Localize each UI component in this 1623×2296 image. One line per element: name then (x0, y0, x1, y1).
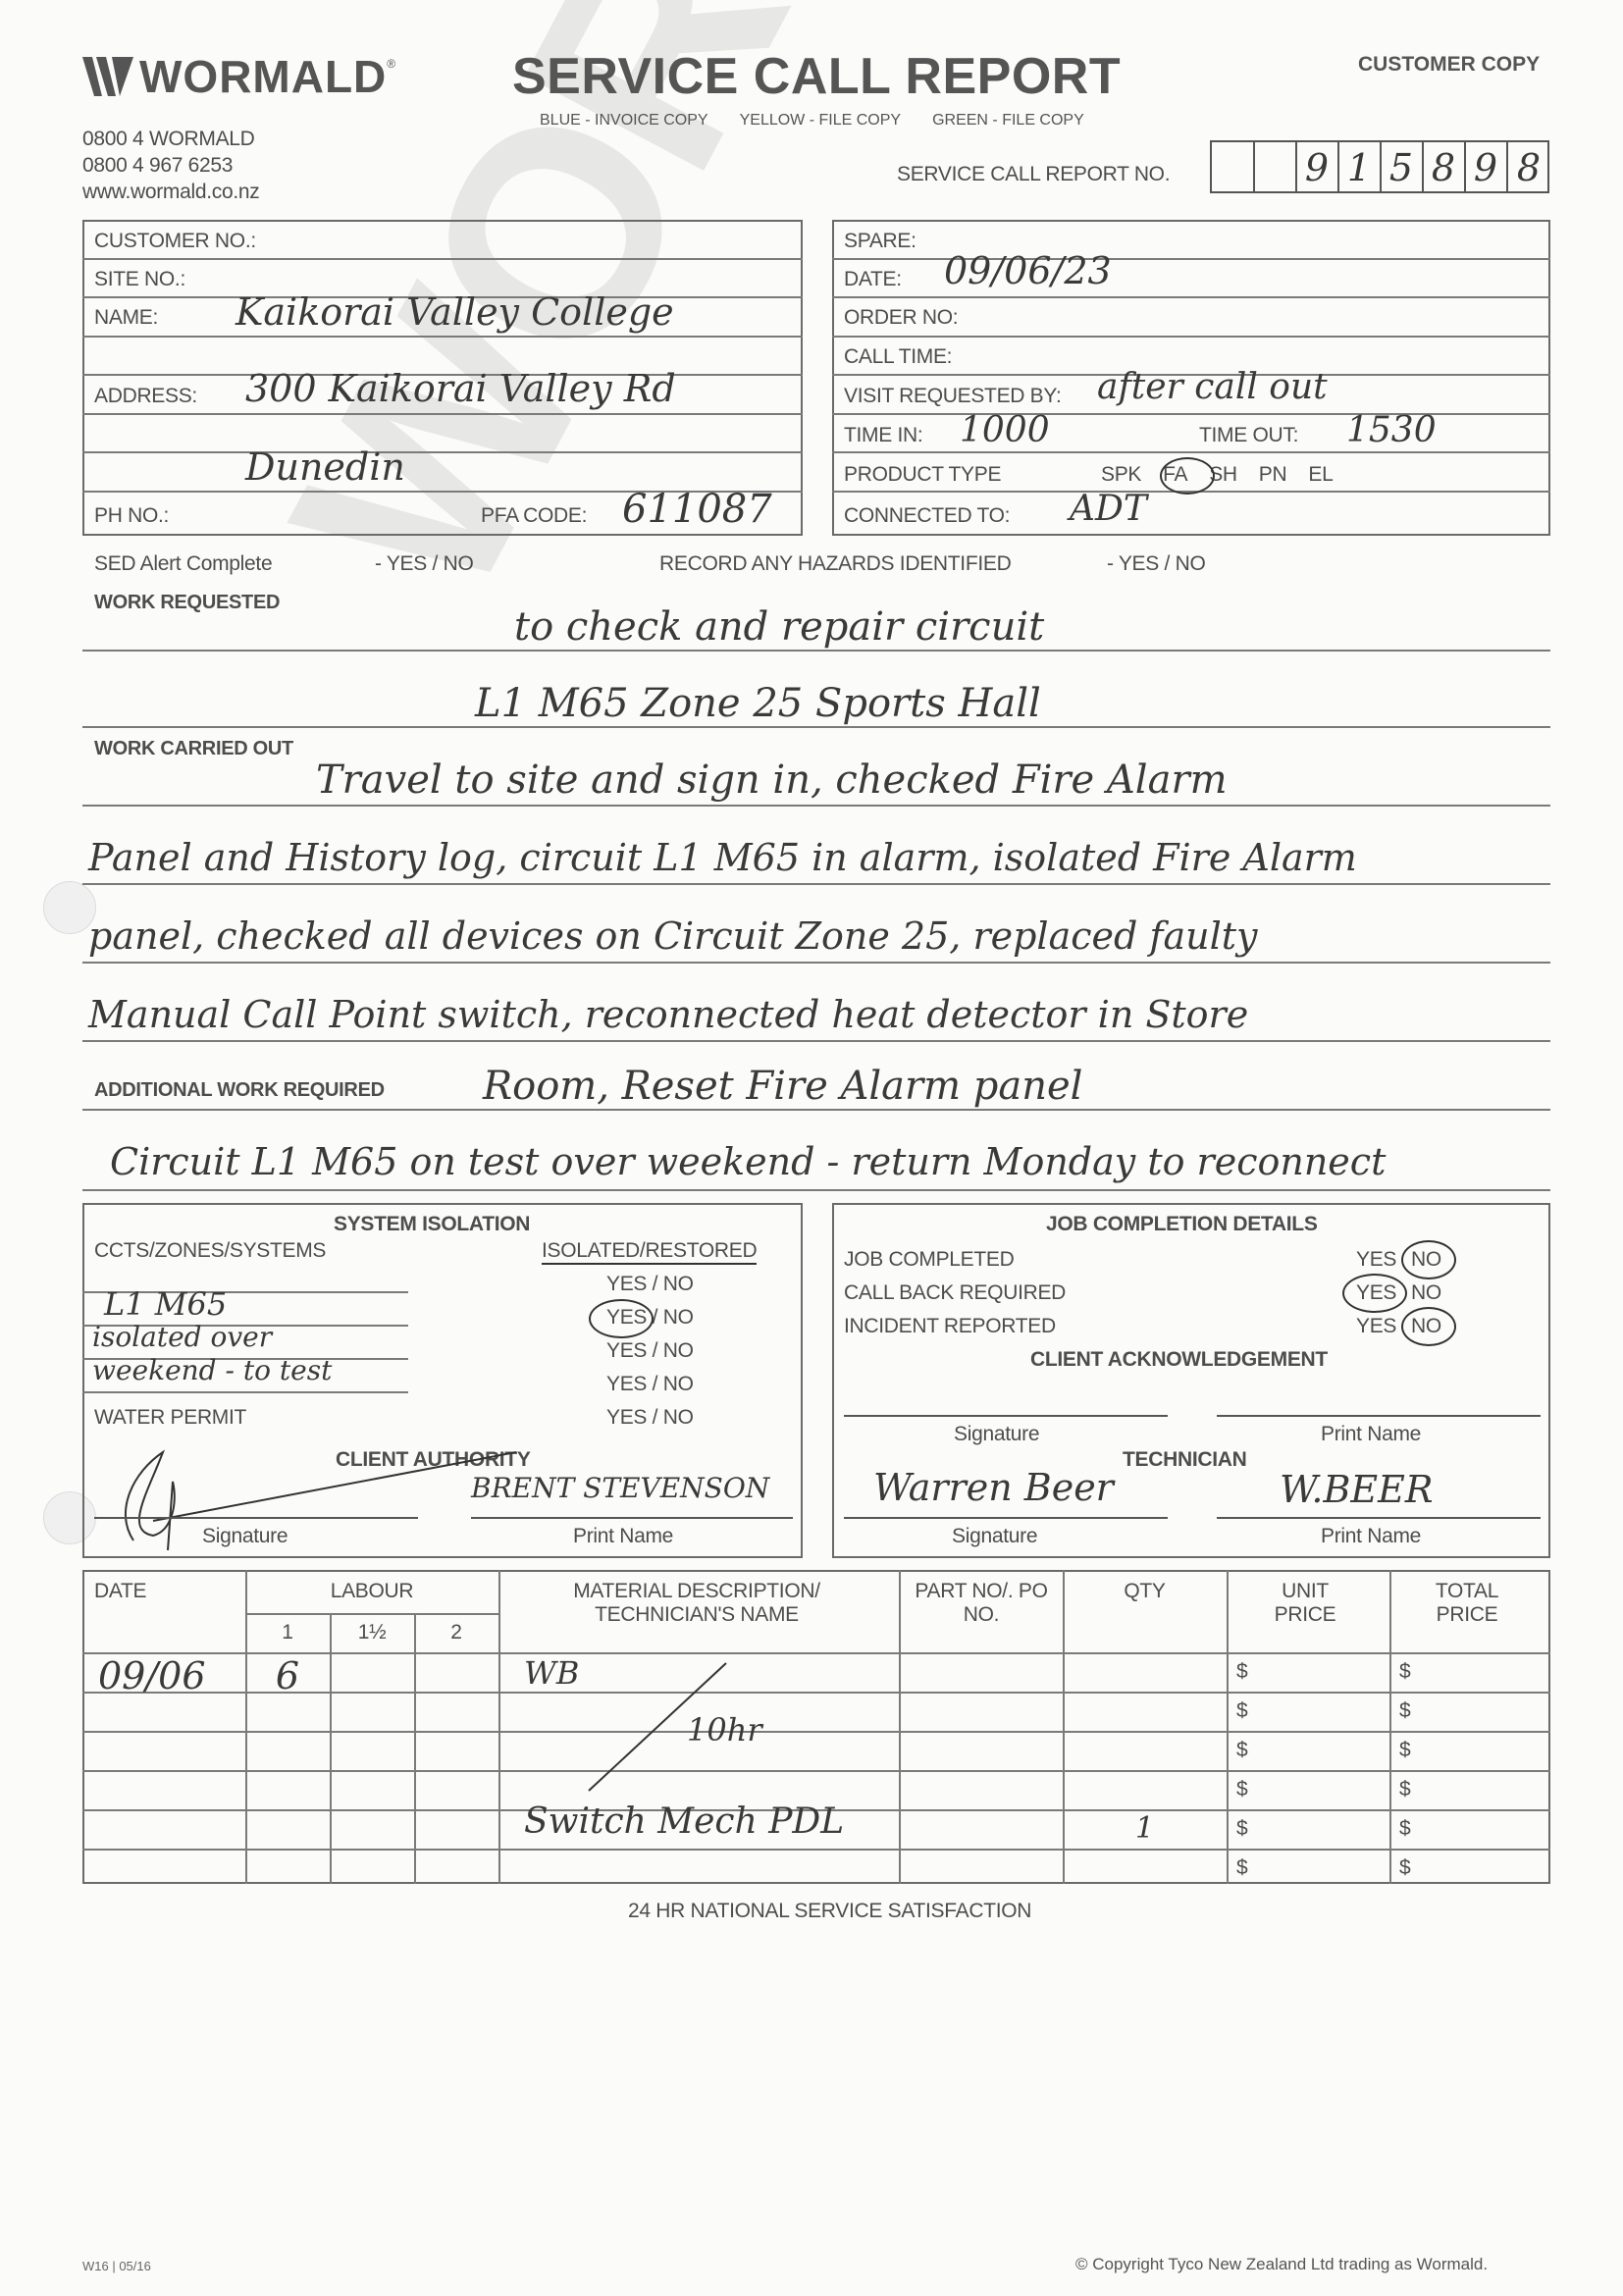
copy-legend: BLUE - INVOICE COPY YELLOW - FILE COPY G… (540, 112, 1084, 130)
phone-word: 0800 4 WORMALD (82, 126, 259, 152)
report-no-label: SERVICE CALL REPORT NO. (897, 163, 1170, 186)
col-header-labour-2: 2 (414, 1621, 498, 1644)
col-header-part-no: PART NO/. PO NO. (913, 1580, 1050, 1627)
client-print-name-label: Print Name (573, 1525, 673, 1548)
work-carried-out-line[interactable]: Manual Call Point switch, reconnected he… (88, 993, 1248, 1036)
client-print-name-field[interactable]: BRENT STEVENSON (471, 1472, 769, 1504)
website-link[interactable]: www.wormald.co.nz (82, 179, 259, 205)
hazards-options[interactable]: - YES / NO (1107, 552, 1205, 576)
wormald-w-icon (82, 57, 133, 96)
isolation-entry[interactable]: isolated over (92, 1321, 272, 1353)
time-in-field[interactable]: 1000 (960, 410, 1050, 450)
name-label: NAME: (94, 306, 158, 330)
material-slash-stroke (579, 1658, 736, 1796)
row-date[interactable]: 09/06 (98, 1654, 206, 1697)
incident-reported-yes[interactable]: YES (1356, 1315, 1396, 1338)
work-requested-label: WORK REQUESTED (94, 592, 280, 614)
unit-price-currency: $ (1236, 1699, 1247, 1723)
work-carried-out-label: WORK CARRIED OUT (94, 738, 293, 760)
job-completed-no-selected-circle (1401, 1240, 1456, 1279)
work-carried-out-line[interactable]: Panel and History log, circuit L1 M65 in… (88, 836, 1357, 879)
incident-no-selected-circle (1401, 1307, 1456, 1346)
ack-signature-label: Signature (954, 1423, 1039, 1446)
row-qty[interactable]: 1 (1063, 1811, 1227, 1846)
customer-name-field[interactable]: Kaikorai Valley College (236, 290, 674, 334)
job-completed-yes[interactable]: YES (1356, 1248, 1396, 1272)
col-header-qty: QTY (1063, 1580, 1227, 1603)
row-material[interactable]: WB (524, 1654, 579, 1692)
visit-requested-label: VISIT REQUESTED BY: (844, 385, 1061, 408)
customer-no-label: CUSTOMER NO.: (94, 230, 256, 253)
work-requested-line[interactable]: L1 M65 Zone 25 Sports Hall (475, 681, 1041, 726)
client-signature-scribble (94, 1433, 526, 1550)
technician-print-name-label: Print Name (1321, 1525, 1421, 1548)
isolation-yesno[interactable]: YES / NO (606, 1273, 694, 1296)
isolation-yesno[interactable]: YES / NO (606, 1339, 694, 1363)
unit-price-currency: $ (1236, 1856, 1247, 1880)
call-back-label: CALL BACK REQUIRED (844, 1281, 1066, 1305)
page-title: SERVICE CALL REPORT (512, 47, 1121, 106)
technician-signature: Warren Beer (873, 1466, 1114, 1509)
service-slogan: 24 HR NATIONAL SERVICE SATISFACTION (628, 1900, 1031, 1923)
copy-legend-blue: BLUE - INVOICE COPY (540, 112, 708, 130)
unit-price-currency: $ (1236, 1778, 1247, 1801)
total-price-currency: $ (1399, 1856, 1410, 1880)
unit-price-currency: $ (1236, 1739, 1247, 1762)
ccts-zones-label: CCTS/ZONES/SYSTEMS (94, 1239, 326, 1263)
hazards-label: RECORD ANY HAZARDS IDENTIFIED (659, 552, 1011, 576)
site-no-label: SITE NO.: (94, 268, 185, 291)
time-in-label: TIME IN: (844, 424, 922, 447)
col-header-labour-1-5: 1½ (330, 1621, 414, 1644)
report-no-digit: 5 (1381, 142, 1424, 193)
report-no-digit: 8 (1423, 142, 1466, 193)
client-signature-label: Signature (202, 1525, 288, 1548)
isolation-yesno[interactable]: YES / NO (606, 1406, 694, 1430)
address-line2-field[interactable]: Dunedin (245, 445, 405, 489)
row-labour-1[interactable]: 6 (245, 1654, 330, 1697)
unit-price-currency: $ (1236, 1817, 1247, 1841)
total-price-currency: $ (1399, 1699, 1410, 1723)
pfa-code-label: PFA CODE: (481, 504, 587, 528)
report-no-digit (1212, 142, 1255, 193)
spare-label: SPARE: (844, 230, 916, 253)
work-requested-line[interactable]: to check and repair circuit (514, 604, 1044, 650)
date-field[interactable]: 09/06/23 (944, 249, 1112, 292)
col-header-material: MATERIAL DESCRIPTION/ TECHNICIAN'S NAME (550, 1580, 844, 1627)
report-no-boxes: 9 1 5 8 9 8 (1210, 140, 1549, 193)
incident-reported-label: INCIDENT REPORTED (844, 1315, 1056, 1338)
unit-price-currency: $ (1236, 1660, 1247, 1684)
time-out-field[interactable]: 1530 (1346, 410, 1437, 450)
job-completed-label: JOB COMPLETED (844, 1248, 1014, 1272)
call-back-no[interactable]: NO (1411, 1281, 1441, 1305)
copy-legend-green: GREEN - FILE COPY (932, 112, 1084, 130)
date-label: DATE: (844, 268, 902, 291)
visit-requested-field[interactable]: after call out (1097, 367, 1328, 407)
additional-work-line[interactable]: Room, Reset Fire Alarm panel (483, 1064, 1082, 1109)
sed-alert-options[interactable]: - YES / NO (375, 552, 473, 576)
work-carried-out-line[interactable]: Travel to site and sign in, checked Fire… (316, 757, 1228, 803)
water-permit-label: WATER PERMIT (94, 1406, 246, 1430)
product-option-el[interactable]: EL (1308, 463, 1333, 487)
total-price-currency: $ (1399, 1778, 1410, 1801)
product-fa-selected-circle (1160, 457, 1215, 495)
call-back-yes-selected-circle (1342, 1274, 1407, 1313)
brand-logo: WORMALD ® (82, 57, 395, 96)
col-header-unit-price: UNIT PRICE (1256, 1580, 1354, 1627)
col-header-labour-1: 1 (245, 1621, 330, 1644)
connected-to-label: CONNECTED TO: (844, 504, 1010, 528)
product-option-spk[interactable]: SPK (1101, 463, 1141, 487)
connected-to-field[interactable]: ADT (1070, 489, 1147, 529)
copy-legend-yellow: YELLOW - FILE COPY (740, 112, 901, 130)
col-header-total-price: TOTAL PRICE (1413, 1580, 1521, 1627)
copyright-notice: © Copyright Tyco New Zealand Ltd trading… (1075, 2255, 1488, 2274)
time-out-label: TIME OUT: (1199, 424, 1298, 447)
product-option-pn[interactable]: PN (1259, 463, 1287, 487)
brand-registered-mark: ® (387, 57, 395, 71)
product-type-options: SPK FA SH PN EL (1101, 463, 1333, 487)
order-no-label: ORDER NO: (844, 306, 958, 330)
form-code: W16 | 05/16 (82, 2259, 151, 2273)
contact-block: 0800 4 WORMALD 0800 4 967 6253 www.worma… (82, 126, 259, 205)
additional-work-line[interactable]: Circuit L1 M65 on test over weekend - re… (110, 1140, 1386, 1183)
ack-print-name-label: Print Name (1321, 1423, 1421, 1446)
technician-signature-label: Signature (952, 1525, 1037, 1548)
report-no-digit: 9 (1296, 142, 1339, 193)
address-line1-field[interactable]: 300 Kaikorai Valley Rd (245, 367, 676, 410)
row-material[interactable]: Switch Mech PDL (524, 1801, 844, 1842)
work-carried-out-line[interactable]: panel, checked all devices on Circuit Zo… (88, 914, 1258, 958)
report-no-digit: 8 (1507, 142, 1550, 193)
job-completion-title: JOB COMPLETION DETAILS (1046, 1213, 1318, 1236)
report-no-digit: 1 (1338, 142, 1382, 193)
technician-title: TECHNICIAN (1123, 1448, 1247, 1472)
isolation-entry[interactable]: weekend - to test (92, 1354, 332, 1386)
report-no-digit (1254, 142, 1297, 193)
brand-name: WORMALD (139, 57, 387, 96)
isolation-yesno[interactable]: YES / NO (606, 1373, 694, 1396)
total-price-currency: $ (1399, 1817, 1410, 1841)
phone-number: 0800 4 967 6253 (82, 152, 259, 179)
call-time-label: CALL TIME: (844, 345, 952, 369)
system-isolation-title: SYSTEM ISOLATION (334, 1213, 530, 1236)
ph-no-label: PH NO.: (94, 504, 169, 528)
col-header-labour: LABOUR (245, 1580, 498, 1603)
total-price-currency: $ (1399, 1660, 1410, 1684)
technician-print-name-field[interactable]: W.BEER (1280, 1468, 1434, 1511)
customer-copy-label: CUSTOMER COPY (1358, 53, 1540, 77)
product-type-label: PRODUCT TYPE (844, 463, 1001, 487)
isolation-entry[interactable]: L1 M65 (104, 1285, 227, 1323)
client-acknowledgement-title: CLIENT ACKNOWLEDGEMENT (1030, 1348, 1328, 1372)
isolated-restored-label: ISOLATED/RESTORED (542, 1239, 757, 1265)
address-label: ADDRESS: (94, 385, 197, 408)
pfa-code-field[interactable]: 611087 (622, 487, 772, 532)
report-no-digit: 9 (1465, 142, 1508, 193)
isolation-yes-selected-circle (589, 1299, 654, 1338)
additional-work-label: ADDITIONAL WORK REQUIRED (94, 1079, 385, 1102)
sed-alert-label: SED Alert Complete (94, 552, 272, 576)
col-header-date: DATE (94, 1580, 146, 1603)
total-price-currency: $ (1399, 1739, 1410, 1762)
